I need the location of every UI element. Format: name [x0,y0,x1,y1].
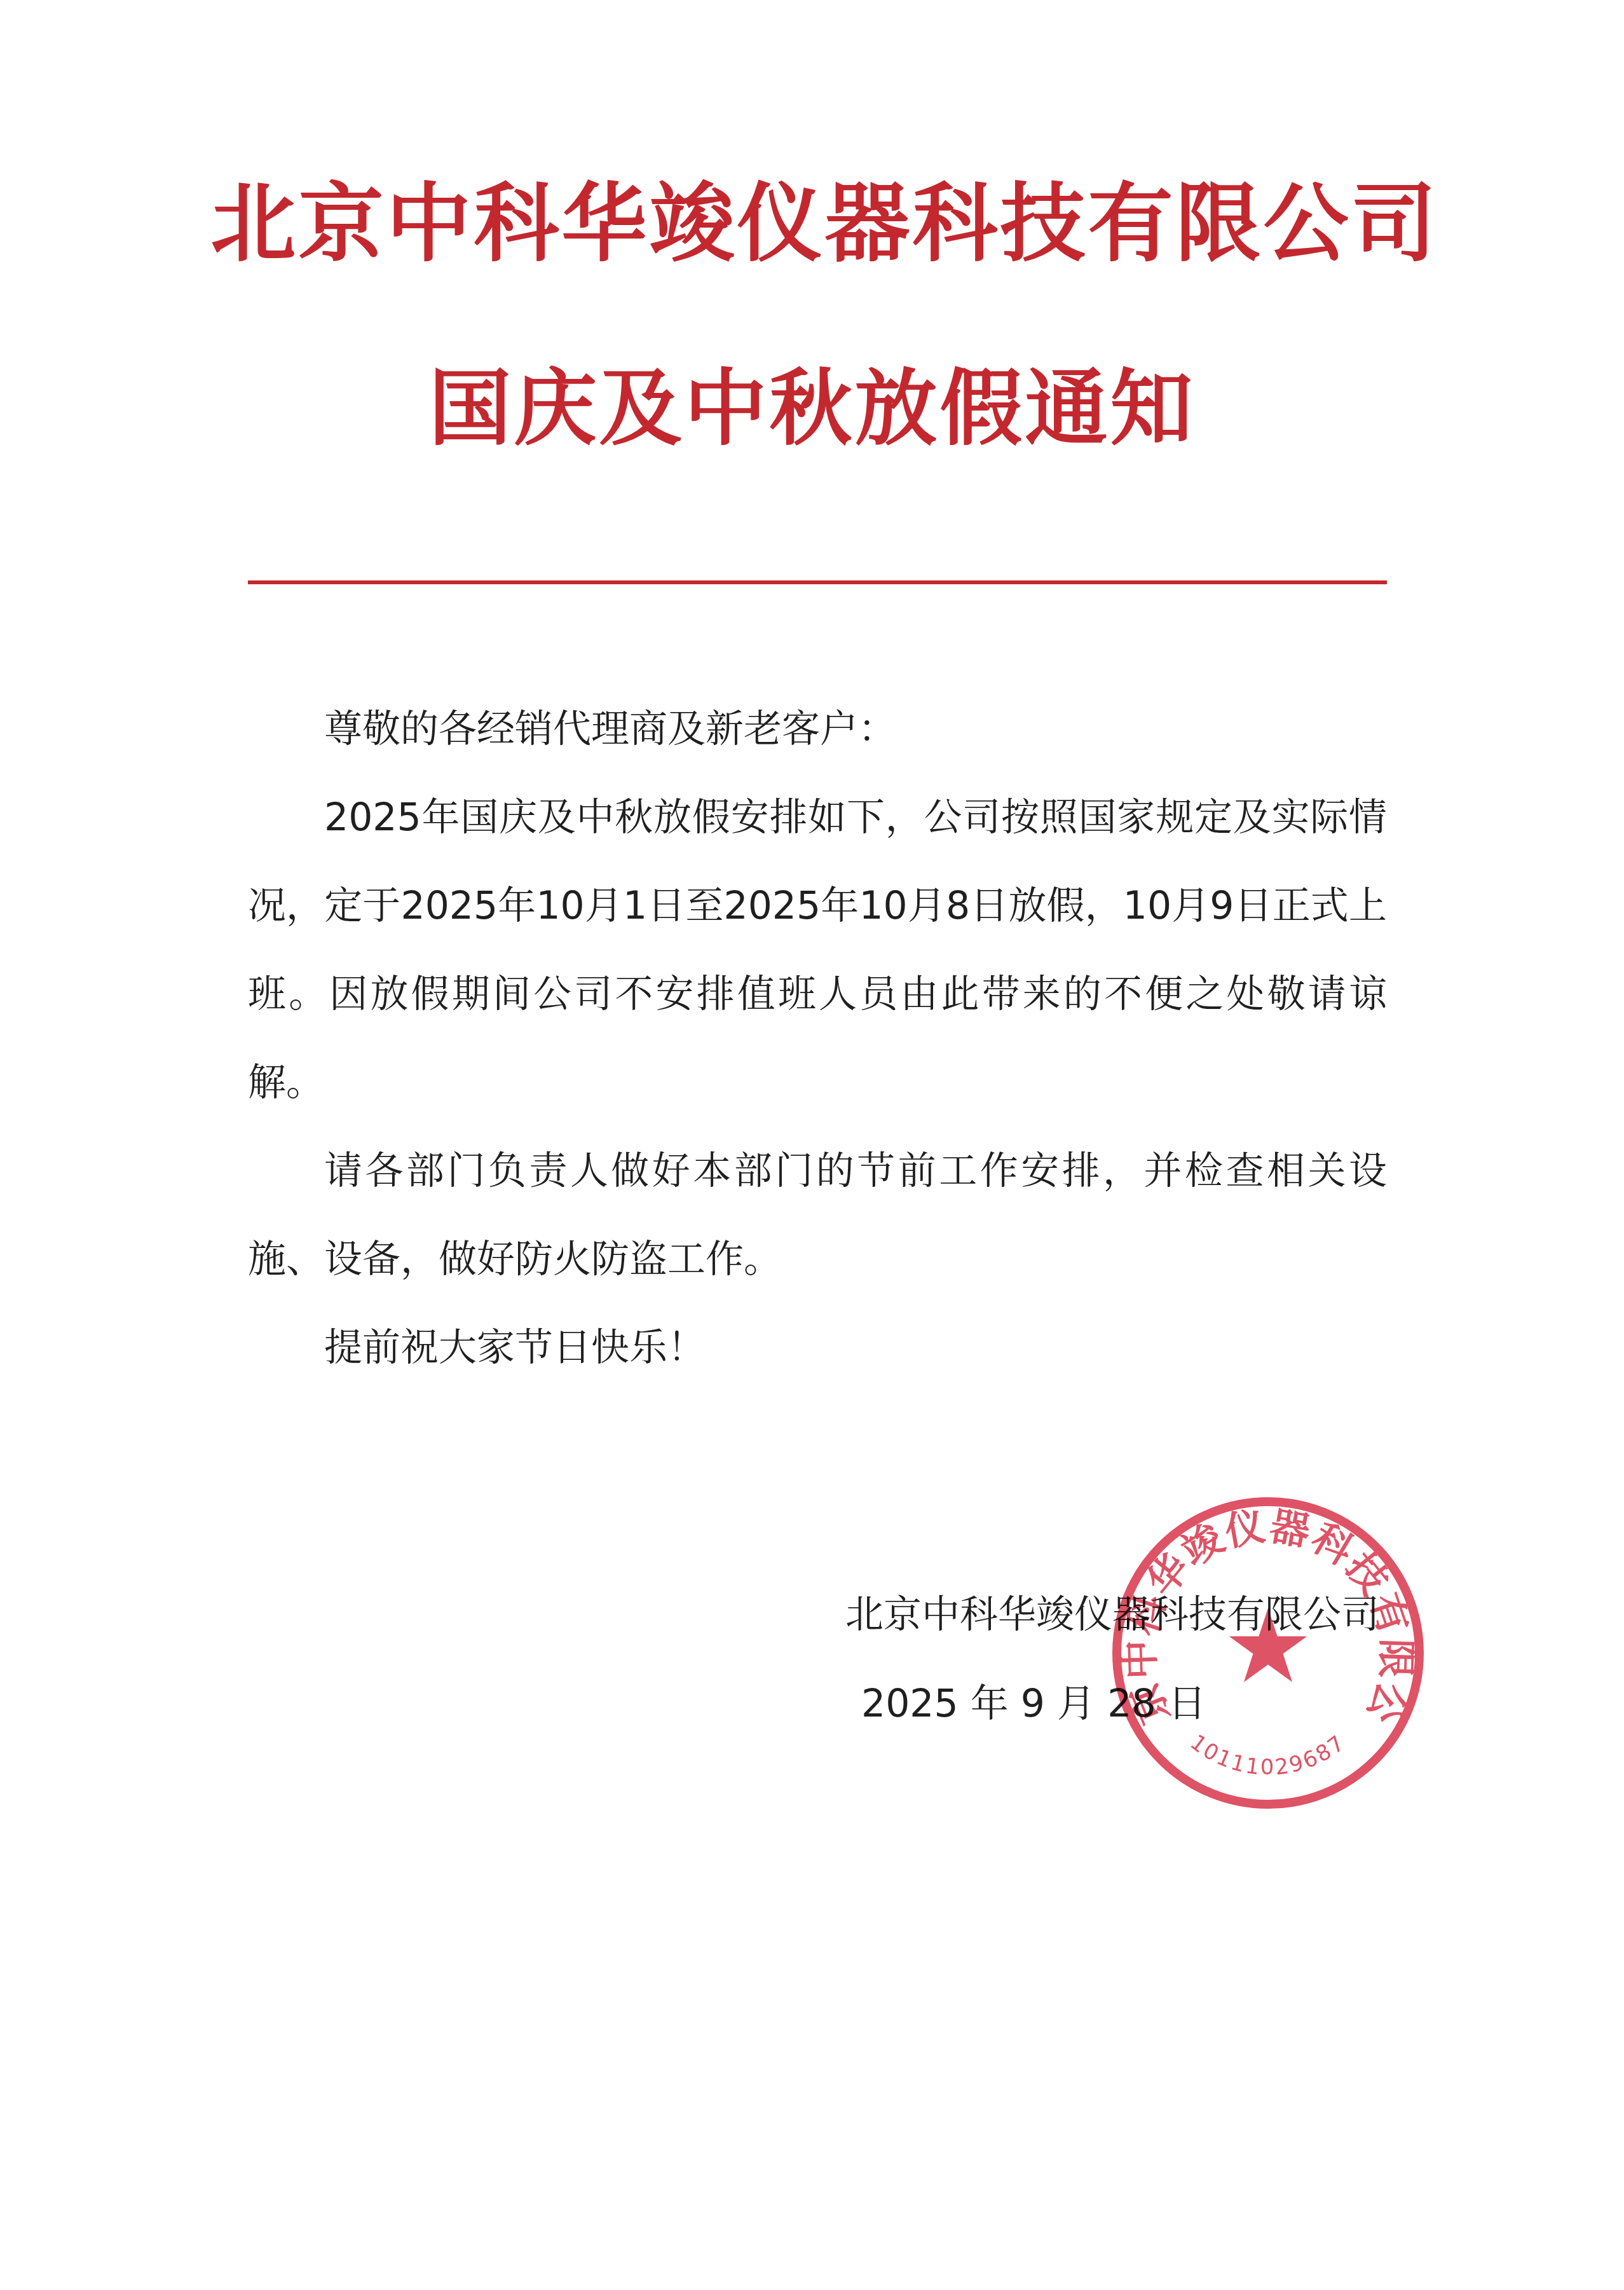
title-divider [248,580,1387,584]
paragraph-holiday-schedule: 2025年国庆及中秋放假安排如下，公司按照国家规定及实际情况，定于2025年10… [248,774,1387,1127]
notice-title: 国庆及中秋放假通知 [0,351,1624,465]
notice-body: 尊敬的各经销代理商及新老客户： 2025年国庆及中秋放假安排如下，公司按照国家规… [248,685,1387,1392]
document-page: 北京中科华竣仪器科技有限公司 国庆及中秋放假通知 尊敬的各经销代理商及新老客户：… [0,0,1624,2290]
company-seal-icon: 北京中科华竣仪器科技有限公司 ★ 1101110296870 [1106,1491,1430,1815]
paragraph-department-instructions: 请各部门负责人做好本部门的节前工作安排，并检查相关设施、设备，做好防火防盗工作。 [248,1127,1387,1304]
salutation: 尊敬的各经销代理商及新老客户： [248,685,1387,774]
paragraph-greeting: 提前祝大家节日快乐！ [248,1304,1387,1392]
seal-star-icon: ★ [1222,1587,1313,1706]
company-title: 北京中科华竣仪器科技有限公司 [0,167,1624,281]
